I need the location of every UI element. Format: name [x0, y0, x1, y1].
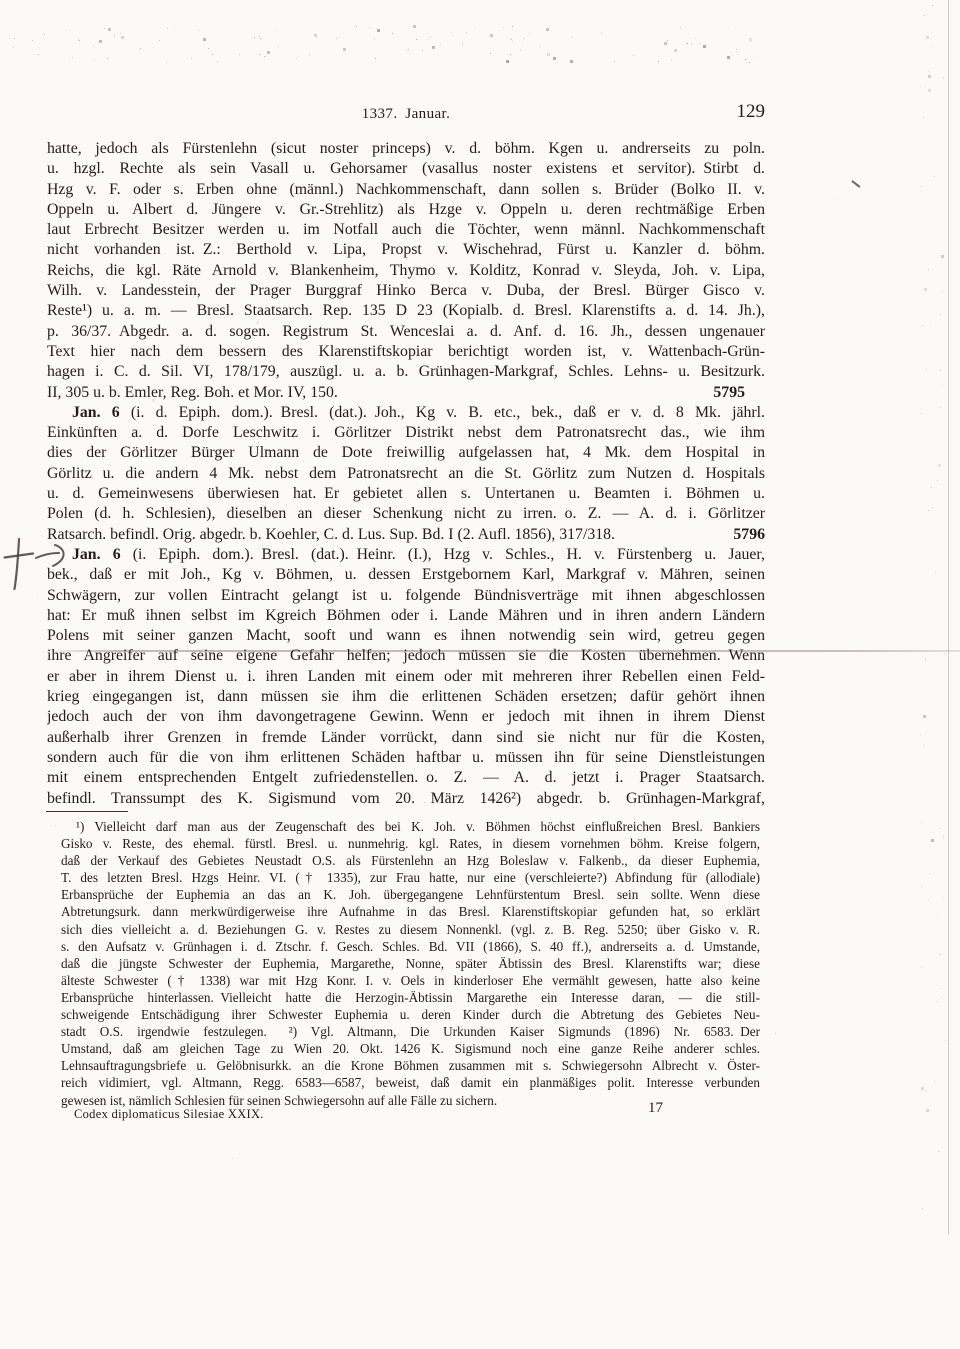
text-line: Text hier nach dem bessern des Klarensti… — [47, 342, 765, 362]
text-line: Oppeln u. Albert d. Jüngere v. Gr.-Streh… — [47, 200, 765, 220]
text-segment: p. 36/37. Abgedr. a. d. sogen. Registrum… — [47, 323, 765, 340]
text-segment: u. hzgl. Rechte als sein Vasall u. Gehor… — [47, 160, 765, 177]
text-segment: laut Erbrecht Besitzer werden u. im Notf… — [47, 221, 765, 238]
text-segment: Görlitz u. die andern 4 Mk. nebst dem Pa… — [47, 465, 765, 482]
text-line: älteste Schwester († 1338) war mit Hzg K… — [61, 972, 760, 989]
text-line: er aber in ihrem Dienst u. i. ihren Land… — [47, 667, 765, 687]
footnotes-block: ¹) Vielleicht darf man aus der Zeugensch… — [61, 818, 760, 1109]
text-line: Polen (d. h. Schlesien), dieselben an di… — [47, 504, 765, 524]
sheet-signature-number: 17 — [648, 1100, 663, 1117]
text-line: daß der Verkauf des Gebietes Neustadt O.… — [61, 852, 760, 869]
text-segment: Erbansprüche hinterlassen. Vielleicht ha… — [61, 990, 760, 1005]
text-segment: Erbansprüche der Euphemia an das an K. J… — [61, 887, 760, 902]
text-line: ihre Angreifer auf seine eigene Gefahr h… — [47, 646, 765, 666]
text-segment: Reichs, die kgl. Räte Arnold v. Blankenh… — [47, 262, 765, 279]
text-line: mit einem entsprechenden Entgelt zufried… — [47, 768, 765, 788]
text-line: Hzg v. F. oder s. Erben ohne (männl.) Na… — [47, 180, 765, 200]
text-line: Lehnsauftragungsbriefe u. Gelöbnisurkk. … — [61, 1057, 760, 1074]
text-line: dies der Görlitzer Bürger Ulmann de Dote… — [47, 443, 765, 463]
entry-number: 5795 — [713, 383, 745, 403]
text-segment: daß der Verkauf des Gebietes Neustadt O.… — [61, 853, 760, 868]
text-line: Jan. 6 (i. d. Epiph. dom.). Bresl. (dat.… — [47, 403, 765, 423]
text-segment: Wilh. v. Landesstein, der Prager Burggra… — [47, 282, 765, 299]
text-segment: nicht vorhanden ist. Z.: Berthold v. Lip… — [47, 241, 765, 258]
text-segment: sich dies vielleicht a. d. Beziehungen G… — [61, 922, 760, 937]
text-line: schweigende Entschädigung ihrer Schweste… — [61, 1006, 760, 1023]
text-segment: stadt O.S. irgendwie festzulegen. — [61, 1024, 267, 1039]
text-segment: jedoch auch der von ihm davongetragene G… — [47, 708, 765, 725]
text-segment: Text hier nach dem bessern des Klarensti… — [47, 343, 765, 360]
text-line: Umstand, daß am gleichen Tage zu Wien 20… — [61, 1040, 760, 1057]
text-line: bek., daß er mit Joh., Kg v. Böhmen, u. … — [47, 565, 765, 585]
text-segment: bek., daß er mit Joh., Kg v. Böhmen, u. … — [47, 566, 765, 583]
text-segment: sondern auch für die von ihm erlittenen … — [47, 749, 765, 766]
text-segment: Abtretungsurk. dann merkwürdigerweise ih… — [61, 904, 760, 919]
text-segment: (i. Epiph. dom.). Bresl. (dat.). Heinr. … — [121, 546, 765, 563]
text-segment: dies der Görlitzer Bürger Ulmann de Dote… — [47, 444, 765, 461]
text-segment: Ratsarch. befindl. Orig. abgedr. b. Koeh… — [47, 525, 615, 545]
text-line: sich dies vielleicht a. d. Beziehungen G… — [61, 921, 760, 938]
text-line: befindl. Transsumpt des K. Sigismund vom… — [47, 789, 765, 809]
text-line: u. d. Gemeinwesens überwiesen hat. Er ge… — [47, 484, 765, 504]
text-segment: befindl. Transsumpt des K. Sigismund vom… — [47, 790, 765, 807]
text-line: hat: Er muß ihnen selbst im Kgreich Böhm… — [47, 606, 765, 626]
text-segment: Umstand, daß am gleichen Tage zu Wien 20… — [61, 1041, 760, 1056]
text-line: außerhalb ihrer Grenzen in fremde Länder… — [47, 728, 765, 748]
series-title: Codex diplomaticus Silesiae XXIX. — [74, 1107, 264, 1122]
text-line: u. hzgl. Rechte als sein Vasall u. Gehor… — [47, 159, 765, 179]
text-line: sondern auch für die von ihm erlittenen … — [47, 748, 765, 768]
scanned-book-page: 1337. Januar. 129 hatte, jedoch als Fürs… — [0, 0, 960, 1349]
page-number: 129 — [47, 101, 765, 123]
text-line: p. 36/37. Abgedr. a. d. sogen. Registrum… — [47, 322, 765, 342]
text-line: laut Erbrecht Besitzer werden u. im Notf… — [47, 220, 765, 240]
text-line: Polens mit seiner ganzen Macht, sooft un… — [47, 626, 765, 646]
text-line: krieg eingegangen ist, dann müssen sie i… — [47, 687, 765, 707]
text-segment: T. des letzten Bresl. Hzgs Heinr. VI. (†… — [61, 870, 760, 885]
text-segment: reich vidimiert, vgl. Altmann, Regg. 658… — [61, 1075, 760, 1090]
text-segment: hagen i. C. d. Sil. VI, 178/179, auszügl… — [47, 363, 765, 380]
text-segment: krieg eingegangen ist, dann müssen sie i… — [47, 688, 765, 705]
footnote-separator — [46, 811, 128, 812]
text-line: II, 305 u. b. Emler, Reg. Boh. et Mor. I… — [47, 383, 765, 403]
text-segment: mit einem entsprechenden Entgelt zufried… — [47, 769, 765, 786]
text-line: stadt O.S. irgendwie festzulegen.²) Vgl.… — [61, 1023, 760, 1040]
main-text-block: hatte, jedoch als Fürstenlehn (sicut nos… — [47, 139, 765, 809]
text-line: hagen i. C. d. Sil. VI, 178/179, auszügl… — [47, 362, 765, 382]
text-segment: daß die jüngste Schwester der Euphemia, … — [61, 956, 760, 971]
text-segment: hat: Er muß ihnen selbst im Kgreich Böhm… — [47, 607, 765, 624]
text-line: daß die jüngste Schwester der Euphemia, … — [61, 955, 760, 972]
text-line: Einkünften a. d. Dorfe Leschwitz i. Görl… — [47, 423, 765, 443]
text-segment: Oppeln u. Albert d. Jüngere v. Gr.-Streh… — [47, 201, 765, 218]
text-segment: II, 305 u. b. Emler, Reg. Boh. et Mor. I… — [47, 383, 338, 403]
text-segment: schweigende Entschädigung ihrer Schweste… — [61, 1007, 760, 1022]
text-line: reich vidimiert, vgl. Altmann, Regg. 658… — [61, 1074, 760, 1091]
line-spacer — [615, 525, 733, 545]
text-line: T. des letzten Bresl. Hzgs Heinr. VI. (†… — [61, 869, 760, 886]
text-line: ¹) Vielleicht darf man aus der Zeugensch… — [61, 818, 760, 835]
scan-noise-edge — [0, 0, 1, 1]
text-segment: Einkünften a. d. Dorfe Leschwitz i. Görl… — [47, 424, 765, 441]
text-line: s. den Aufsatz v. Grünhagen i. d. Ztschr… — [61, 938, 760, 955]
line-spacer — [338, 383, 714, 403]
text-segment: Polens mit seiner ganzen Macht, sooft un… — [47, 627, 765, 644]
stray-ink-mark — [852, 180, 861, 187]
text-segment: hatte, jedoch als Fürstenlehn (sicut nos… — [47, 140, 765, 157]
plus-mark-icon — [2, 536, 36, 592]
text-segment: älteste Schwester († 1338) war mit Hzg K… — [61, 973, 760, 988]
text-segment: ¹) Vielleicht darf man aus der Zeugensch… — [76, 819, 760, 834]
text-segment: u. d. Gemeinwesens überwiesen hat. Er ge… — [47, 485, 765, 502]
text-line: hatte, jedoch als Fürstenlehn (sicut nos… — [47, 139, 765, 159]
text-segment: er aber in ihrem Dienst u. i. ihren Land… — [47, 668, 765, 685]
text-segment: ihre Angreifer auf seine eigene Gefahr h… — [47, 647, 765, 664]
text-segment: gewesen ist, nämlich Schlesien für seine… — [61, 1093, 497, 1108]
text-line: Görlitz u. die andern 4 Mk. nebst dem Pa… — [47, 464, 765, 484]
text-segment: s. den Aufsatz v. Grünhagen i. d. Ztschr… — [61, 939, 760, 954]
text-line: Abtretungsurk. dann merkwürdigerweise ih… — [61, 903, 760, 920]
entry-number: 5796 — [733, 525, 765, 545]
text-line: Reichs, die kgl. Räte Arnold v. Blankenh… — [47, 261, 765, 281]
entry-date-label: Jan. 6 — [72, 404, 120, 421]
text-segment: Schwägern, zur vollen Eintracht gelangt … — [47, 587, 765, 604]
scan-noise-band — [0, 0, 1, 1]
text-segment: außerhalb ihrer Grenzen in fremde Länder… — [47, 729, 765, 746]
text-line: Wilh. v. Landesstein, der Prager Burggra… — [47, 281, 765, 301]
text-line: Schwägern, zur vollen Eintracht gelangt … — [47, 586, 765, 606]
text-line: nicht vorhanden ist. Z.: Berthold v. Lip… — [47, 240, 765, 260]
text-segment: Polen (d. h. Schlesien), dieselben an di… — [47, 505, 765, 522]
text-line: Jan. 6 (i. Epiph. dom.). Bresl. (dat.). … — [47, 545, 765, 565]
text-line: Gisko v. Reste, des ehemal. fürstl. Bres… — [61, 835, 760, 852]
text-segment: Lehnsauftragungsbriefe u. Gelöbnisurkk. … — [61, 1058, 760, 1073]
text-segment: Reste¹) u. a. m. — Bresl. Staatsarch. Re… — [47, 302, 765, 319]
text-segment: ²) Vgl. Altmann, Die Urkunden Kaiser Sig… — [289, 1024, 760, 1039]
page-edge-line — [948, 0, 949, 1235]
text-line: Erbansprüche hinterlassen. Vielleicht ha… — [61, 989, 760, 1006]
text-line: jedoch auch der von ihm davongetragene G… — [47, 707, 765, 727]
text-line: Erbansprüche der Euphemia an das an K. J… — [61, 886, 760, 903]
text-segment: (i. d. Epiph. dom.). Bresl. (dat.). Joh.… — [120, 404, 765, 421]
text-line: Ratsarch. befindl. Orig. abgedr. b. Koeh… — [47, 525, 765, 545]
scan-noise-scatter — [0, 0, 1, 1]
entry-date-label: Jan. 6 — [72, 546, 121, 563]
text-segment: Hzg v. F. oder s. Erben ohne (männl.) Na… — [47, 181, 765, 198]
text-line: Reste¹) u. a. m. — Bresl. Staatsarch. Re… — [47, 301, 765, 321]
text-segment: Gisko v. Reste, des ehemal. fürstl. Bres… — [61, 836, 760, 851]
